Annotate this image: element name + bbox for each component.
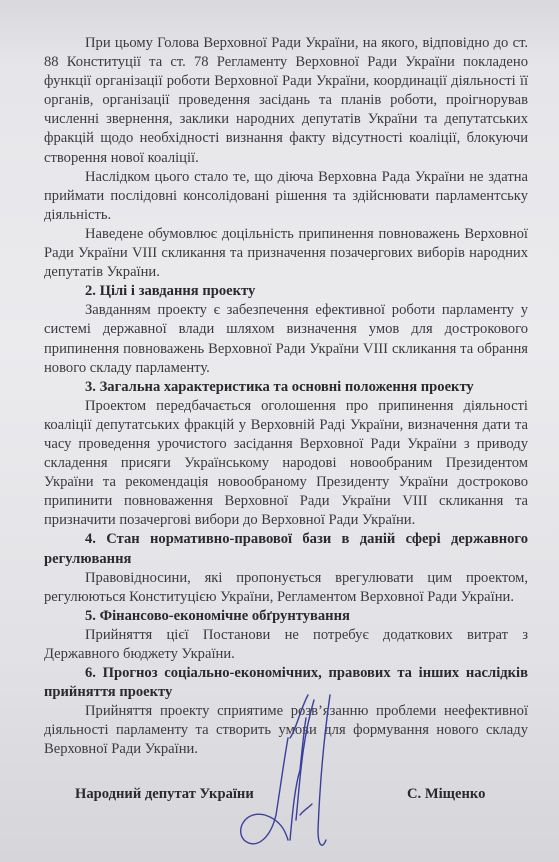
paragraph-chairman: При цьому Голова Верховної Ради України,…: [44, 34, 528, 168]
signatory-title: Народний депутат України: [75, 786, 254, 803]
heading-goals: 2. Цілі і завдання проекту: [44, 282, 528, 301]
paragraph-characteristics: Проектом передбачається оголошення про п…: [44, 397, 528, 531]
paragraph-goals: Завданням проекту є забезпечення ефектив…: [44, 301, 528, 377]
document-body: При цьому Голова Верховної Ради України,…: [44, 34, 528, 760]
heading-legal-base: 4. Стан нормативно-правової бази в даній…: [44, 530, 528, 568]
handwritten-signature-icon: [230, 690, 370, 862]
paragraph-consequence: Наслідком цього стало те, що діюча Верхо…: [44, 168, 528, 225]
paragraph-expediency: Наведене обумовлює доцільність припиненн…: [44, 225, 528, 282]
paragraph-financial: Прийняття цієї Постанови не потребує дод…: [44, 626, 528, 664]
heading-financial: 5. Фінансово-економічне обґрунтування: [44, 607, 528, 626]
paragraph-legal-base: Правовідносини, які пропонується врегулю…: [44, 569, 528, 607]
signatory-name: С. Міщенко: [407, 786, 485, 803]
heading-characteristics: 3. Загальна характеристика та основні по…: [44, 378, 528, 397]
